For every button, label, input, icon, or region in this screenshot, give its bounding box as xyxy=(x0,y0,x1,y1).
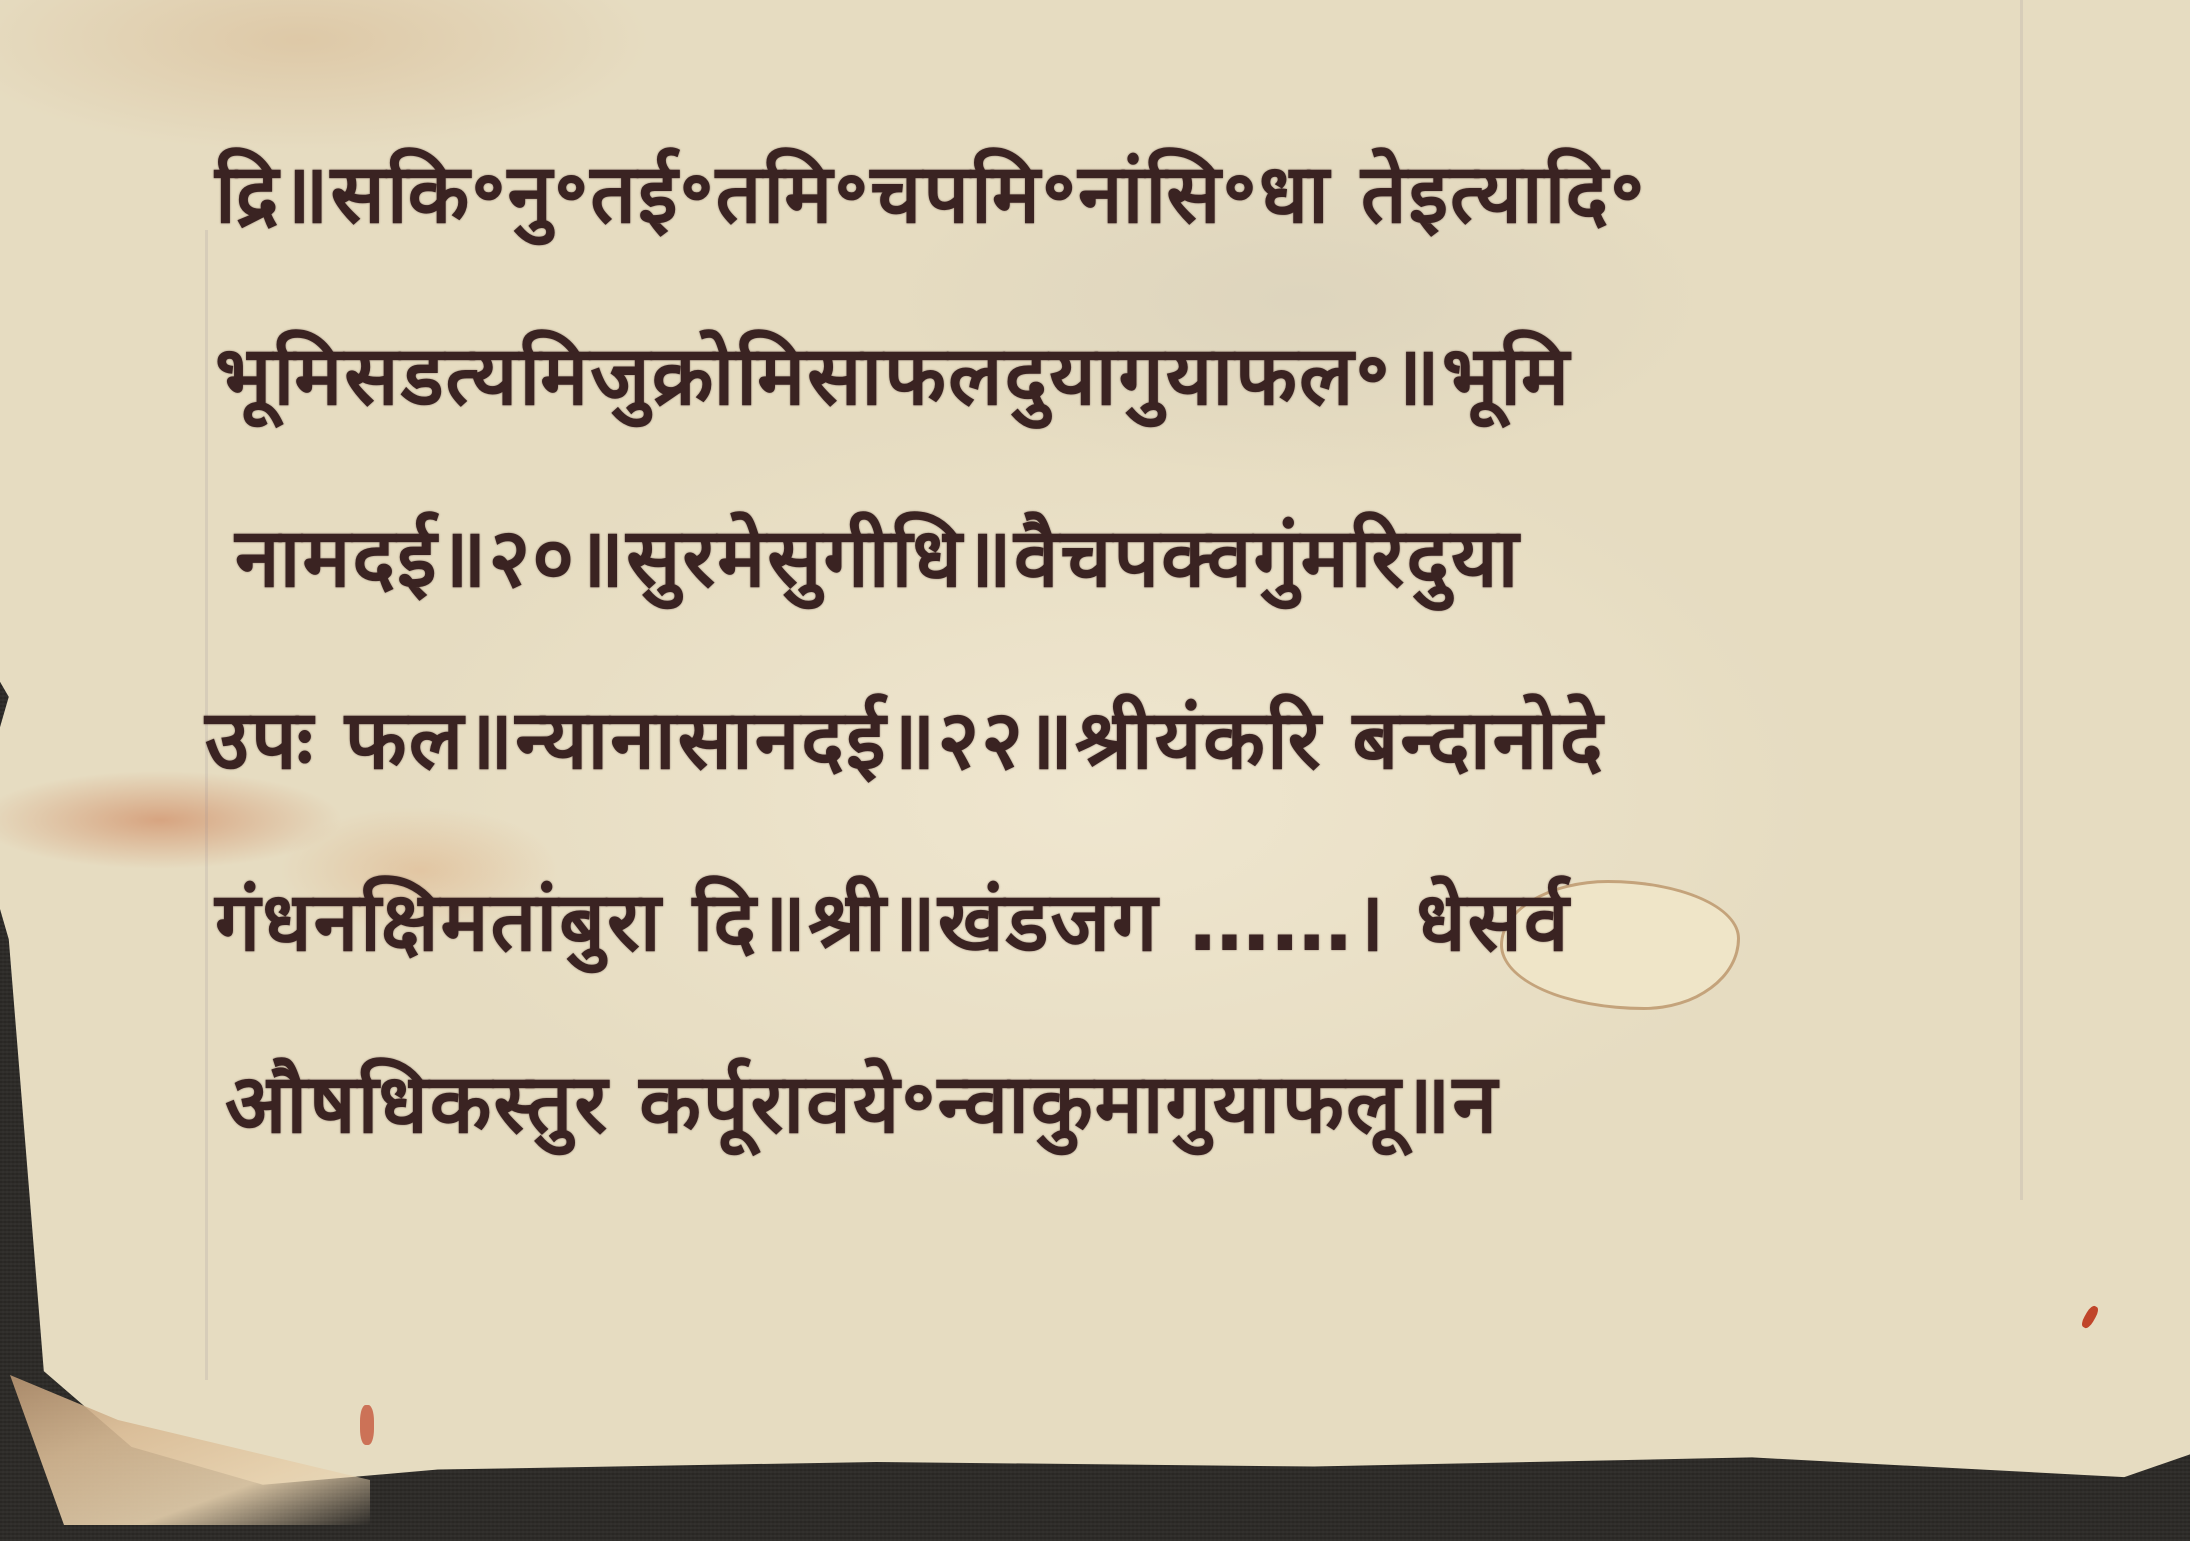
text-line-1: द्रि॥सकि॰नु॰तई॰तमि॰चपमि॰नांसि॰धा तेइत्या… xyxy=(215,100,1999,282)
text-line-3: नामदई॥२०॥सुरमेसुगीधि॥वैचपक्वगुंमरिदुया xyxy=(235,464,1999,646)
red-fiber-speck xyxy=(360,1405,374,1445)
text-line-2: भूमिसडत्यमिजुक्रोमिसाफलदुयागुयाफल॰॥भूमि xyxy=(215,282,1999,464)
text-line-6: औषधिकस्तुर कर्पूरावये॰न्वाकुमागुयाफलू॥न xyxy=(225,1010,1999,1192)
manuscript-text: द्रि॥सकि॰नु॰तई॰तमि॰चपमि॰नांसि॰धा तेइत्या… xyxy=(215,100,2035,1192)
text-line-5: गंधनक्षिमतांबुरा दि॥श्री॥खंडजग ……। धेसर्… xyxy=(215,828,1999,1010)
text-line-4: उपः फल॥न्यानासानदई॥२२॥श्रीयंकरि बन्दानोद… xyxy=(205,646,1998,828)
manuscript-page: द्रि॥सकि॰नु॰तई॰तमि॰चपमि॰नांसि॰धा तेइत्या… xyxy=(0,0,2190,1515)
red-fiber-speck xyxy=(2080,1304,2101,1330)
